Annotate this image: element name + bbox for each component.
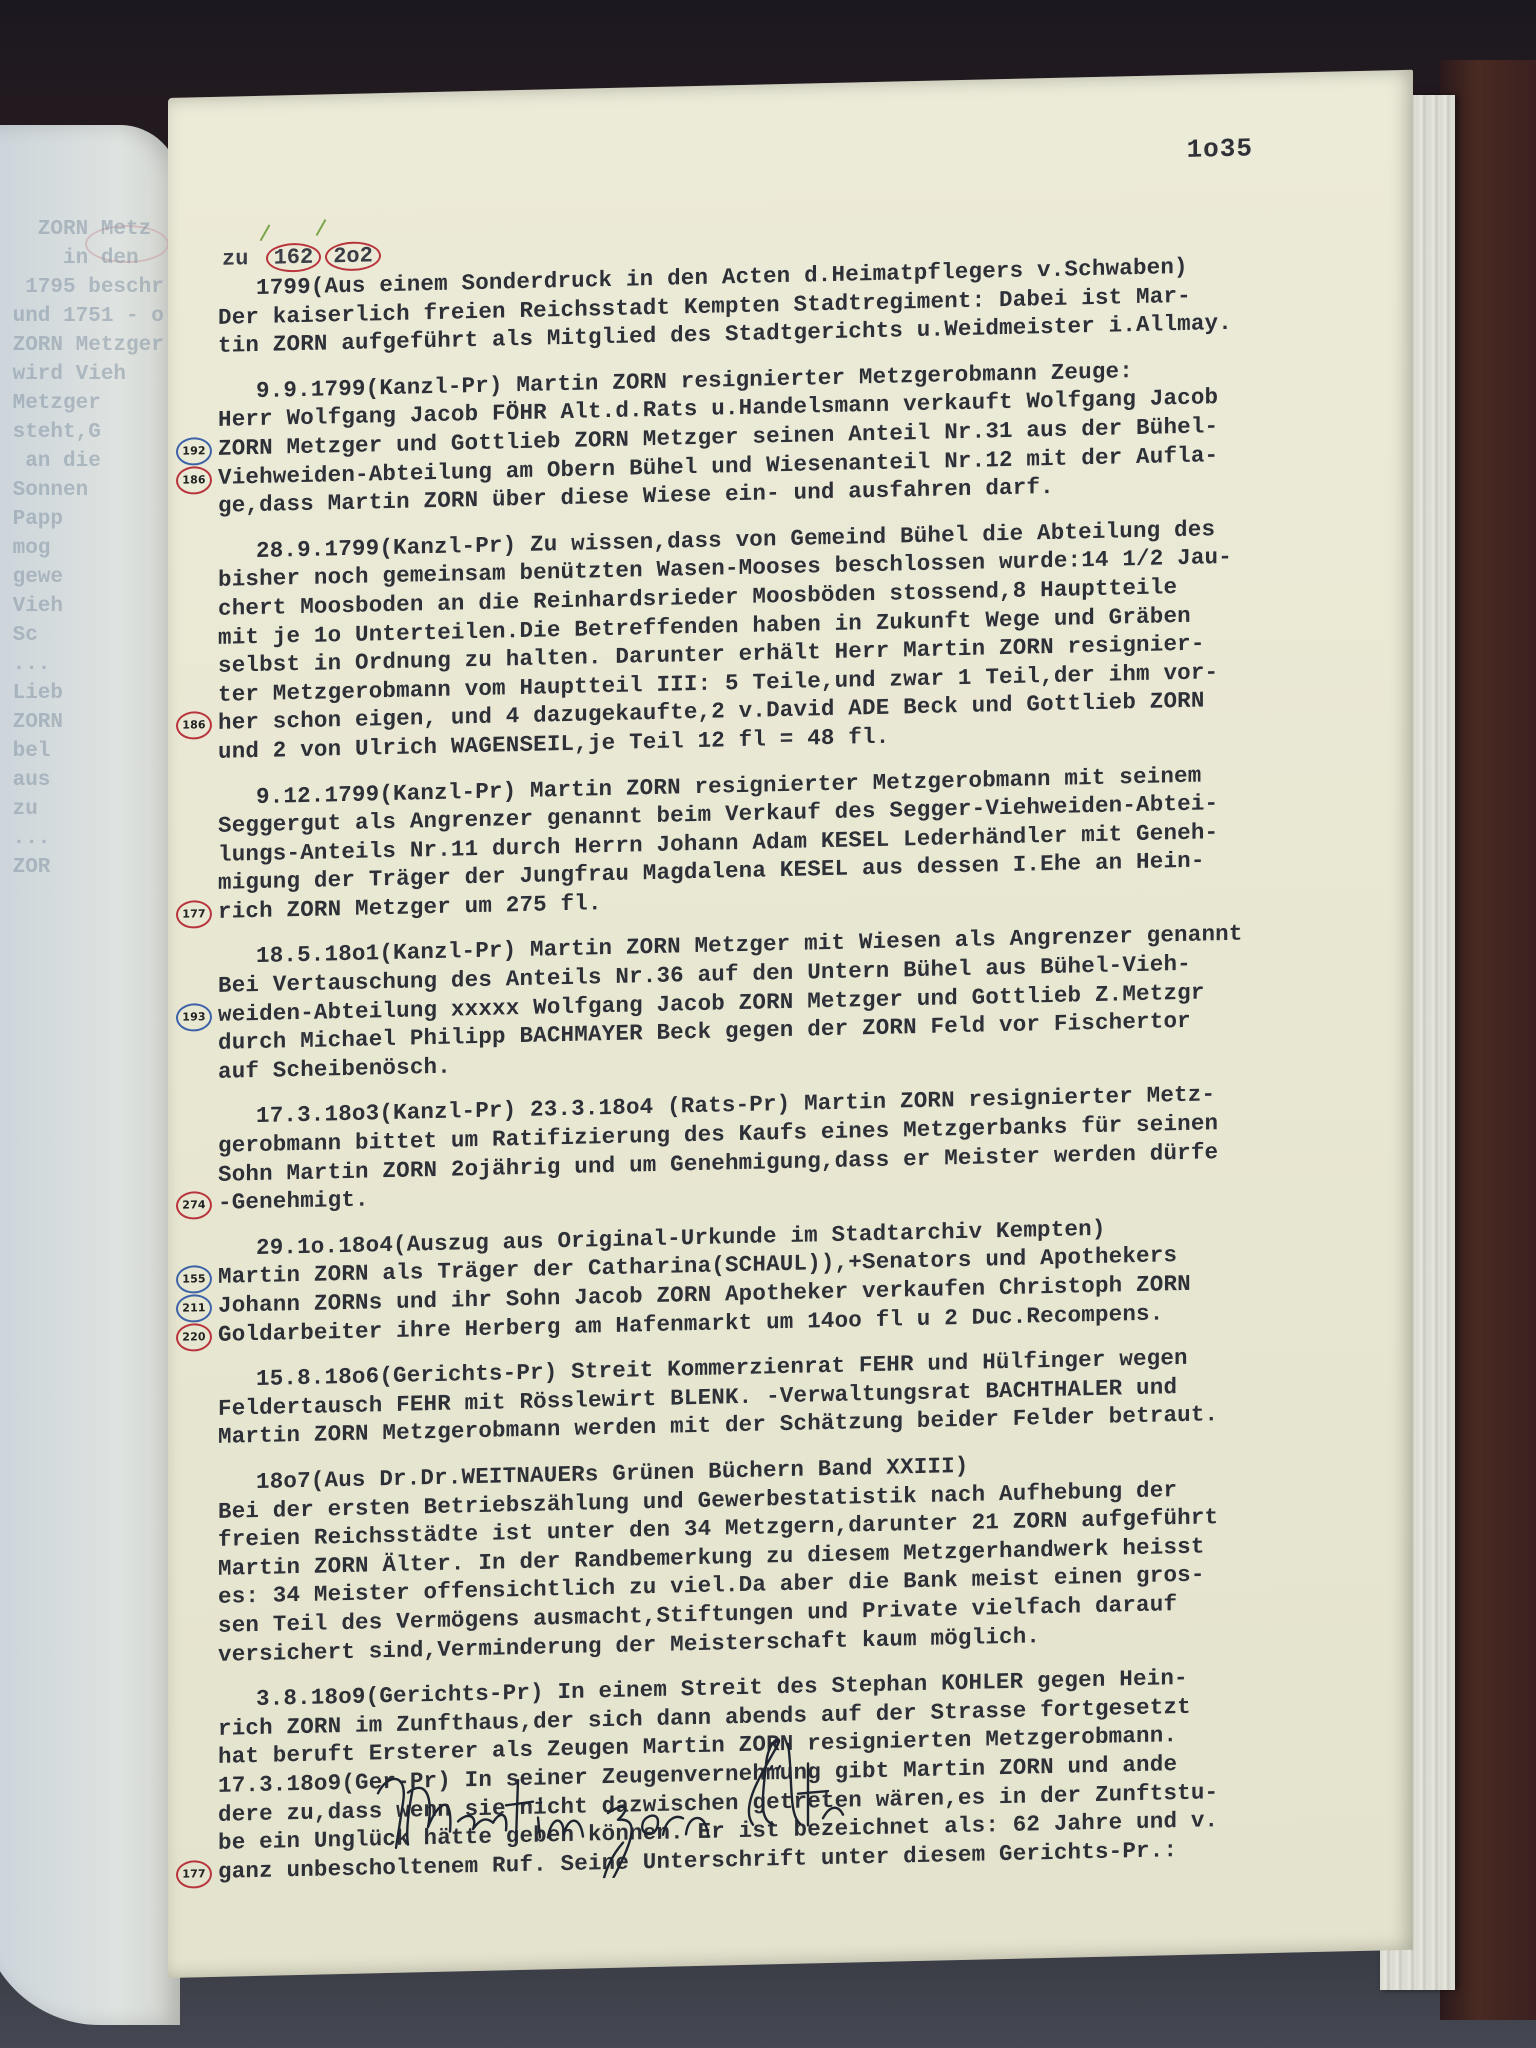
document-entry: 9.12.1799(Kanzl-Pr) Martin ZORN resignie…	[218, 757, 1388, 927]
document-entry: 17.3.18o3(Kanzl-Pr) 23.3.18o4 (Rats-Pr) …	[218, 1077, 1388, 1218]
document-entry: 28.9.1799(Kanzl-Pr) Zu wissen,dass von G…	[218, 511, 1388, 766]
document-entry: 15.8.18o6(Gerichts-Pr) Streit Kommerzien…	[218, 1340, 1388, 1452]
reference-number-circled: 162	[266, 243, 322, 273]
margin-reference-circle: 177	[176, 1860, 212, 1889]
margin-reference-circle: 192	[176, 437, 212, 466]
green-tick-mark	[316, 219, 327, 236]
reference-line: zu 1622o2	[222, 241, 381, 274]
margin-reference-circle: 186	[176, 711, 212, 740]
margin-reference-circle: 186	[176, 466, 212, 495]
document-entry: 18o7(Aus Dr.Dr.WEITNAUERs Grünen Büchern…	[218, 1442, 1388, 1669]
left-page-bleed-text: ZORN Metz in den 1795 beschr und 1751 - …	[0, 215, 170, 882]
document-entry: 1799(Aus einem Sonderdruck in den Acten …	[218, 248, 1388, 360]
page-number: 1o35	[1187, 133, 1253, 165]
document-body: 1799(Aus einem Sonderdruck in den Acten …	[218, 248, 1388, 1903]
document-page: 1o35 zu 1622o2 1799(Aus einem Sonderdruc…	[168, 70, 1413, 1978]
handwritten-signature: Martin Zorn Älter	[368, 1720, 968, 1884]
document-entry: 18.5.18o1(Kanzl-Pr) Martin ZORN Metzger …	[218, 917, 1388, 1087]
margin-reference-circle: 274	[176, 1191, 212, 1220]
document-entry: 9.9.1799(Kanzl-Pr) Martin ZORN resignier…	[218, 351, 1388, 521]
signature-drawing	[368, 1720, 968, 1884]
document-entry: 29.1o.18o4(Auszug aus Original-Urkunde i…	[218, 1208, 1388, 1349]
margin-reference-circle: 220	[176, 1323, 212, 1352]
margin-reference-circle: 155	[176, 1265, 212, 1294]
margin-reference-circle: 211	[176, 1294, 212, 1323]
margin-reference-circle: 177	[176, 900, 212, 929]
margin-reference-circle: 193	[176, 1003, 212, 1032]
reference-number-circled: 2o2	[325, 241, 381, 271]
reference-prefix: zu	[222, 246, 248, 272]
left-page: ZORN Metz in den 1795 beschr und 1751 - …	[0, 125, 180, 2025]
green-tick-mark	[260, 224, 271, 241]
